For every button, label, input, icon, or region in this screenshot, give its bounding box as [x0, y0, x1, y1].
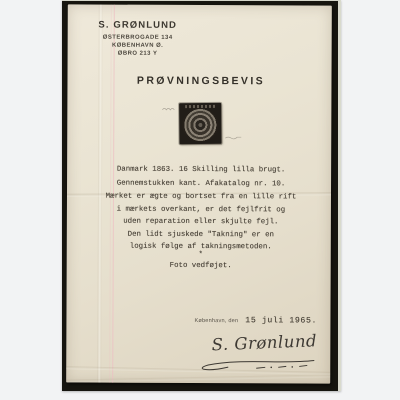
separator-asterisk: * — [67, 250, 331, 259]
place-label: København, den — [194, 318, 238, 324]
date-value: 15 juli 1965. — [245, 316, 317, 325]
letterhead-phone: ØBRO 213 Y — [82, 50, 194, 59]
photo-note: Foto vedføjet. — [67, 261, 331, 270]
opinion-line-4: Den lidt sjuskede "Takning" er en — [71, 228, 331, 242]
description-block: Danmark 1863. 16 Skilling lilla brugt. G… — [67, 162, 331, 191]
description-line-2: Gennemstukken kant. Afakatalog nr. 10. — [71, 176, 331, 191]
pencil-note-left — [161, 106, 177, 112]
stamp-circular-design — [182, 108, 218, 142]
certificate-paper: S. GRØNLUND ØSTERBROGADE 134 KØBENHAVN Ø… — [66, 4, 332, 383]
opinion-line-3: uden reparation eller skjulte fejl. — [71, 216, 331, 230]
auction-lot-image: S. GRØNLUND ØSTERBROGADE 134 KØBENHAVN Ø… — [0, 0, 400, 400]
date-line: København, den 15 juli 1965. — [194, 316, 317, 326]
opinion-paragraph: Mærket er ægte og bortset fra en lille r… — [67, 190, 331, 254]
pencil-note-right — [224, 135, 242, 141]
bottom-crease-2 — [66, 374, 330, 382]
certificate-title: PRØVNINGSBEVIS — [67, 74, 331, 87]
letterhead: S. GRØNLUND ØSTERBROGADE 134 KØBENHAVN Ø… — [82, 19, 194, 58]
description-line-1: Danmark 1863. 16 Skilling lilla brugt. — [71, 162, 331, 177]
signature-text: S. Grønlund — [184, 330, 345, 355]
stamp-specimen-icon — [179, 103, 221, 144]
certificate-photo: S. GRØNLUND ØSTERBROGADE 134 KØBENHAVN Ø… — [62, 0, 341, 391]
letterhead-name: S. GRØNLUND — [82, 19, 194, 30]
signature-flourish — [186, 355, 336, 376]
opinion-line-1: Mærket er ægte og bortset fra en lille r… — [71, 190, 331, 204]
opinion-line-2: i mærkets overkant, er det fejlfrit og — [71, 203, 331, 217]
